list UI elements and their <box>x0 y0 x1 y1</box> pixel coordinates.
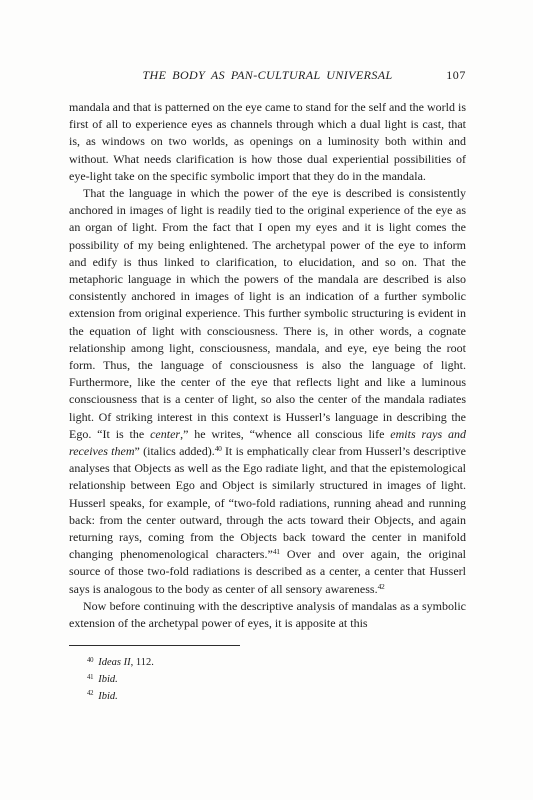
footnote-marker: 41 <box>87 674 93 681</box>
paragraph: That the language in which the power of … <box>69 185 466 598</box>
footnote-marker: 42 <box>87 690 93 697</box>
text-run: ,” he writes, “whence all conscious life <box>180 427 390 441</box>
footnote-ref: 42 <box>378 582 385 591</box>
text-run: mandala and that is patterned on the eye… <box>69 100 466 183</box>
footnote-separator <box>69 645 240 646</box>
footnote: 42Ibid. <box>69 689 466 706</box>
running-head-title: THE BODY AS PAN-CULTURAL UNIVERSAL <box>69 68 466 83</box>
running-head: THE BODY AS PAN-CULTURAL UNIVERSAL 107 <box>69 68 466 84</box>
text-run: That the language in which the power of … <box>69 186 466 441</box>
text-run: Ideas II <box>98 657 130 668</box>
text-run: Ibid. <box>98 674 118 685</box>
paragraph: mandala and that is patterned on the eye… <box>69 99 466 185</box>
page-number: 107 <box>446 68 466 83</box>
text-run: ” (italics added). <box>135 444 215 458</box>
book-page: THE BODY AS PAN-CULTURAL UNIVERSAL 107 m… <box>0 0 533 800</box>
text-run: Ibid. <box>98 691 118 702</box>
text-run: center <box>150 427 180 441</box>
paragraph: Now before continuing with the descripti… <box>69 598 466 632</box>
body-text: mandala and that is patterned on the eye… <box>69 99 466 632</box>
text-run: Now before continuing with the descripti… <box>69 599 466 630</box>
footnote-ref: 41 <box>273 547 280 556</box>
footnote-marker: 40 <box>87 657 93 664</box>
footnote: 41Ibid. <box>69 672 466 689</box>
text-run: , 112. <box>131 657 154 668</box>
footnotes: 40Ideas II, 112.41Ibid.42Ibid. <box>69 655 466 705</box>
page-content: THE BODY AS PAN-CULTURAL UNIVERSAL 107 m… <box>69 68 466 706</box>
footnote-ref: 40 <box>215 444 222 453</box>
footnote: 40Ideas II, 112. <box>69 655 466 672</box>
text-run: It is emphatically clear from Husserl’s … <box>69 444 466 561</box>
